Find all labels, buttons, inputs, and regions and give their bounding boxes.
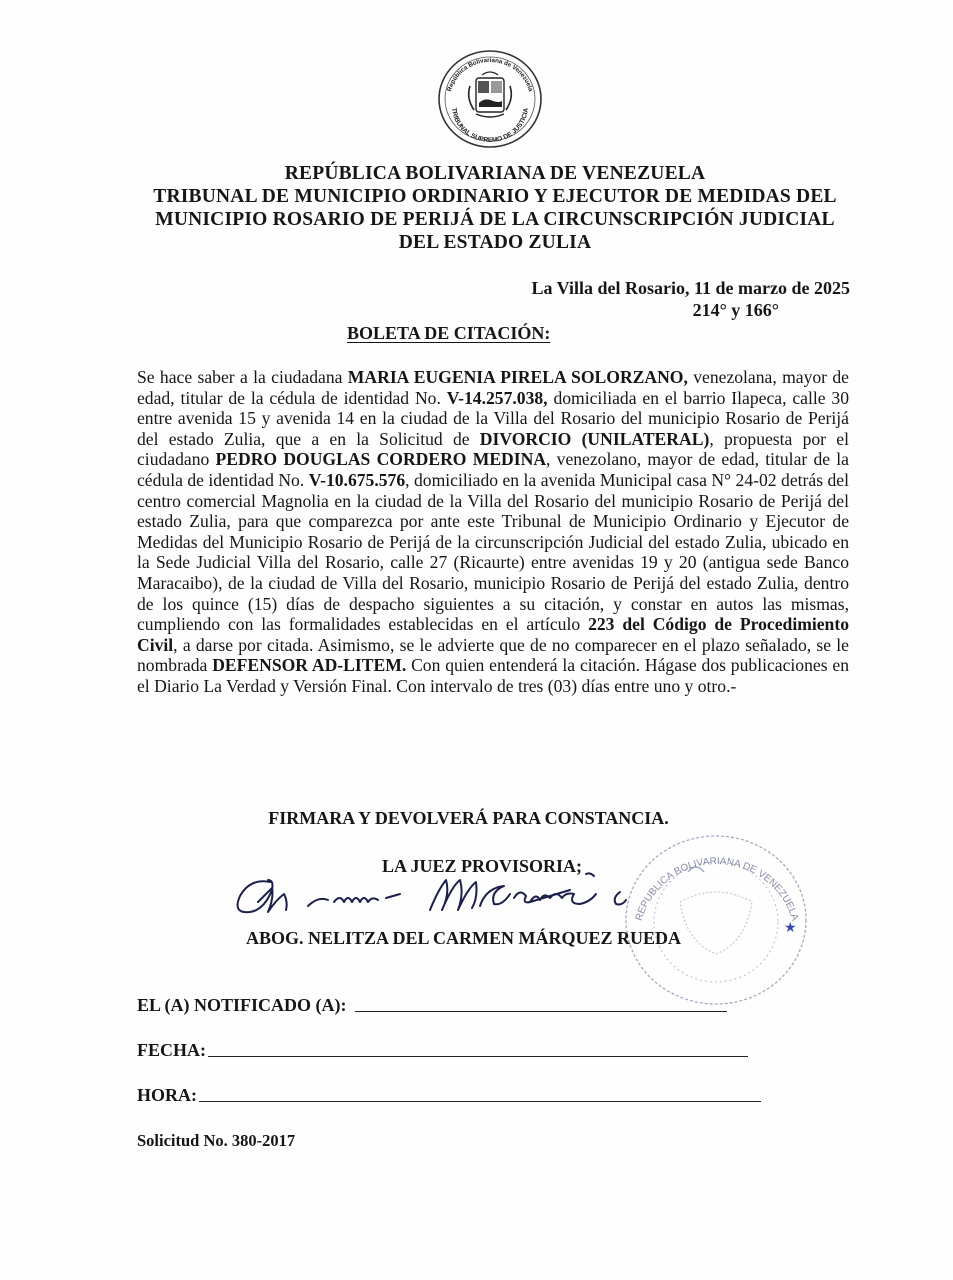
body-text-segment: , domiciliado en la avenida Municipal ca… (137, 470, 849, 634)
citation-body-text: Se hace saber a la ciudadana MARIA EUGEN… (137, 367, 849, 697)
header-line-republic: REPÚBLICA BOLIVARIANA DE VENEZUELA (120, 162, 870, 185)
body-emphasis: V-10.675.576 (309, 470, 405, 490)
body-text-segment: Se hace saber a la ciudadana (137, 367, 348, 387)
solicitud-number: Solicitud No. 380-2017 (137, 1131, 295, 1151)
stamp-star-icon: ★ (784, 921, 797, 936)
body-emphasis: PEDRO DOUGLAS CORDERO MEDINA (216, 449, 547, 469)
judge-name: ABOG. NELITZA DEL CARMEN MÁRQUEZ RUEDA (246, 928, 681, 949)
fecha-field[interactable]: FECHA: (137, 1040, 748, 1061)
judge-signature-icon (230, 862, 740, 932)
document-title: BOLETA DE CITACIÓN: (347, 323, 550, 344)
closing-statement: FIRMARA Y DEVOLVERÁ PARA CONSTANCIA. (0, 808, 953, 829)
notificado-blank-line[interactable] (355, 1010, 727, 1012)
body-emphasis: MARIA EUGENIA PIRELA SOLORZANO, (348, 367, 688, 387)
body-emphasis: DEFENSOR AD-LITEM. (212, 655, 406, 675)
venezuela-coat-of-arms-seal-icon: República Bolivariana de Venezuela TRIBU… (436, 48, 544, 150)
header-line-municipio: MUNICIPIO ROSARIO DE PERIJÁ DE LA CIRCUN… (120, 208, 870, 231)
hora-field[interactable]: HORA: (137, 1085, 761, 1106)
header-line-estado: DEL ESTADO ZULIA (120, 231, 870, 254)
notificado-field[interactable]: EL (A) NOTIFICADO (A): (137, 995, 727, 1016)
dateline: La Villa del Rosario, 11 de marzo de 202… (380, 277, 850, 321)
notificado-label: EL (A) NOTIFICADO (A): (137, 995, 347, 1016)
hora-blank-line[interactable] (199, 1100, 761, 1102)
body-emphasis: V-14.257.038, (447, 388, 548, 408)
independence-years: 214° y 166° (380, 299, 850, 321)
header-line-tribunal: TRIBUNAL DE MUNICIPIO ORDINARIO Y EJECUT… (120, 185, 870, 208)
closing-text: FIRMARA Y DEVOLVERÁ PARA CONSTANCIA. (268, 808, 669, 828)
hora-label: HORA: (137, 1085, 197, 1106)
place-and-date: La Villa del Rosario, 11 de marzo de 202… (380, 277, 850, 299)
fecha-blank-line[interactable] (208, 1055, 748, 1057)
document-page: República Bolivariana de Venezuela TRIBU… (0, 0, 953, 1280)
fecha-label: FECHA: (137, 1040, 206, 1061)
court-header: REPÚBLICA BOLIVARIANA DE VENEZUELA TRIBU… (120, 162, 870, 254)
body-emphasis: DIVORCIO (UNILATERAL) (480, 429, 710, 449)
